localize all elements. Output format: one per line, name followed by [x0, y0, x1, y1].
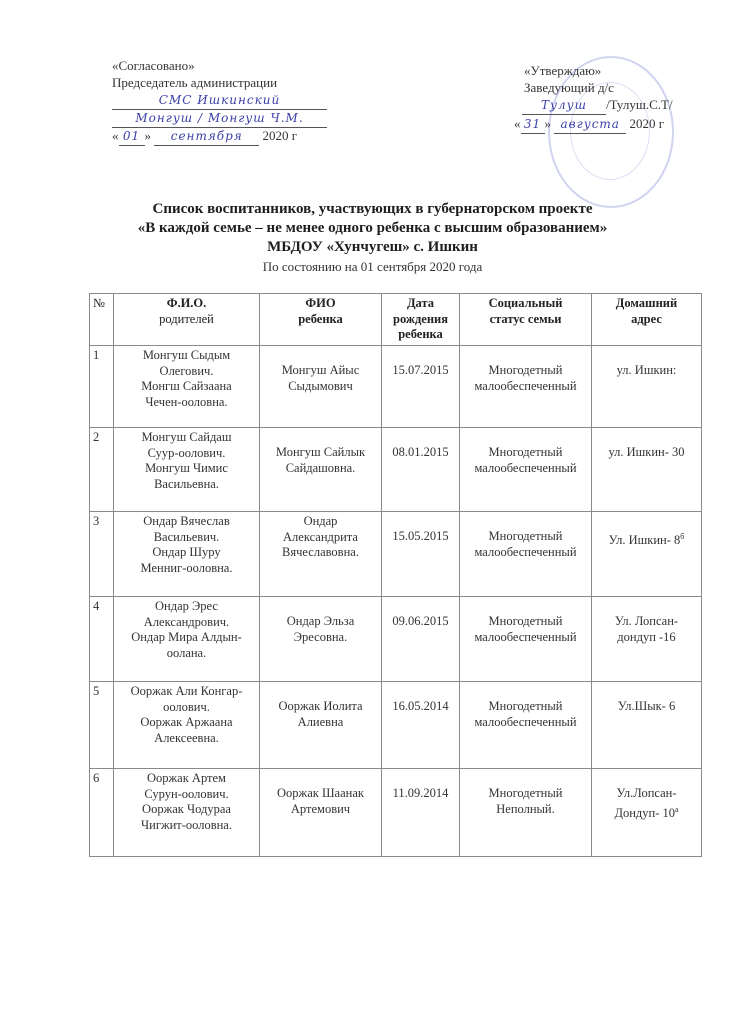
cell-child: Ооржак ШаанакАртемович — [260, 769, 382, 857]
cell-address: Ул. Ишкин- 8б — [592, 512, 702, 597]
cell-parents: Ондар ЭресАлександрович.Ондар Мира Алдын… — [114, 597, 260, 682]
cell-num: 1 — [90, 346, 114, 428]
table-row: 5Ооржак Али Конгар-оолович.Ооржак Аржаан… — [90, 682, 702, 769]
cell-num: 4 — [90, 597, 114, 682]
cell-address: Ул.Шык- 6 — [592, 682, 702, 769]
cell-address: ул. Ишкин: — [592, 346, 702, 428]
approval-right-date: «31» августа 2020 г — [514, 115, 673, 134]
approval-right: «Утверждаю» Заведующий д/с Тулуш/Тулуш.С… — [522, 62, 673, 134]
date-day: 01 — [119, 128, 145, 146]
cell-dob: 09.06.2015 — [382, 597, 460, 682]
handwritten-org: СМС Ишкинский — [112, 92, 327, 110]
cell-address: Ул.Лопсан-Дондуп- 10а — [592, 769, 702, 857]
approval-left-handwritten-1: СМС Ишкинский — [112, 91, 327, 109]
cell-status: Многодетныймалообеспеченный — [460, 346, 592, 428]
cell-child: Ооржак ИолитаАлиевна — [260, 682, 382, 769]
date-month: августа — [554, 116, 626, 134]
cell-child: ОндарАлександритаВячеславовна. — [260, 512, 382, 597]
cell-num: 6 — [90, 769, 114, 857]
header-status: Социальныйстатус семьи — [460, 294, 592, 346]
cell-child: Монгуш СайлыкСайдашовна. — [260, 428, 382, 512]
cell-parents: Ооржак Али Конгар-оолович.Ооржак Аржаана… — [114, 682, 260, 769]
cell-dob: 16.05.2014 — [382, 682, 460, 769]
document-subtitle: По состоянию на 01 сентября 2020 года — [0, 259, 745, 275]
table-header-row: № Ф.И.О.родителей ФИОребенка Датарождени… — [90, 294, 702, 346]
cell-num: 2 — [90, 428, 114, 512]
cell-child: Ондар ЭльзаЭресовна. — [260, 597, 382, 682]
table-row: 1Монгуш СыдымОлегович.Монгш СайзаанаЧече… — [90, 346, 702, 428]
header-dob: Датарожденияребенка — [382, 294, 460, 346]
table-row: 4Ондар ЭресАлександрович.Ондар Мира Алды… — [90, 597, 702, 682]
date-month: сентября — [154, 128, 259, 146]
header-num: № — [90, 294, 114, 346]
cell-dob: 08.01.2015 — [382, 428, 460, 512]
document-title-line-3: МБДОУ «Хунчугеш» с. Ишкин — [0, 237, 745, 257]
approval-right-position: Заведующий д/с — [522, 79, 673, 96]
approval-left-position: Председатель администрации — [112, 74, 327, 91]
approval-left-date: «01» сентября 2020 г — [112, 127, 327, 146]
date-year: 2020 г — [630, 116, 665, 131]
cell-status: Многодетныймалообеспеченный — [460, 512, 592, 597]
cell-status: Многодетныймалообеспеченный — [460, 597, 592, 682]
cell-status: Многодетныймалообеспеченный — [460, 682, 592, 769]
approval-right-sign: Тулуш/Тулуш.С.Т/ — [522, 96, 673, 115]
document-title-line-1: Список воспитанников, участвующих в губе… — [0, 199, 745, 219]
table-row: 3Ондар ВячеславВасильевич.Ондар ШуруМенн… — [90, 512, 702, 597]
header-address: Домашнийадрес — [592, 294, 702, 346]
date-day: 31 — [521, 116, 545, 134]
approval-left: «Согласовано» Председатель администрации… — [112, 57, 327, 146]
cell-status: Многодетныймалообеспеченный — [460, 428, 592, 512]
cell-address: ул. Ишкин- 30 — [592, 428, 702, 512]
document-title-line-2: «В каждой семье – не менее одного ребенк… — [0, 218, 745, 238]
cell-status: МногодетныйНеполный. — [460, 769, 592, 857]
cell-address: Ул. Лопсан-дондуп -16 — [592, 597, 702, 682]
pupils-table: № Ф.И.О.родителей ФИОребенка Датарождени… — [89, 293, 702, 857]
cell-child: Монгуш АйысСыдымович — [260, 346, 382, 428]
approval-right-label: «Утверждаю» — [522, 62, 673, 79]
cell-num: 5 — [90, 682, 114, 769]
director-signature: Тулуш — [522, 97, 606, 115]
cell-parents: Ондар ВячеславВасильевич.Ондар ШуруМенни… — [114, 512, 260, 597]
approval-left-handwritten-2: Монгуш / Монгуш Ч.М. — [112, 109, 327, 127]
cell-dob: 15.07.2015 — [382, 346, 460, 428]
approval-left-label: «Согласовано» — [112, 57, 327, 74]
cell-num: 3 — [90, 512, 114, 597]
cell-dob: 15.05.2015 — [382, 512, 460, 597]
handwritten-signature: Монгуш / Монгуш Ч.М. — [112, 110, 327, 128]
cell-parents: Ооржак АртемСурун-оолович.Ооржак Чодураа… — [114, 769, 260, 857]
cell-parents: Монгуш СыдымОлегович.Монгш СайзаанаЧечен… — [114, 346, 260, 428]
header-child: ФИОребенка — [260, 294, 382, 346]
cell-dob: 11.09.2014 — [382, 769, 460, 857]
cell-parents: Монгуш СайдашСуур-оолович.Монгуш ЧимисВа… — [114, 428, 260, 512]
header-parents: Ф.И.О.родителей — [114, 294, 260, 346]
director-name: /Тулуш.С.Т/ — [606, 97, 673, 112]
table-row: 6Ооржак АртемСурун-оолович.Ооржак Чодура… — [90, 769, 702, 857]
table-row: 2Монгуш СайдашСуур-оолович.Монгуш ЧимисВ… — [90, 428, 702, 512]
date-year: 2020 г — [263, 128, 298, 143]
